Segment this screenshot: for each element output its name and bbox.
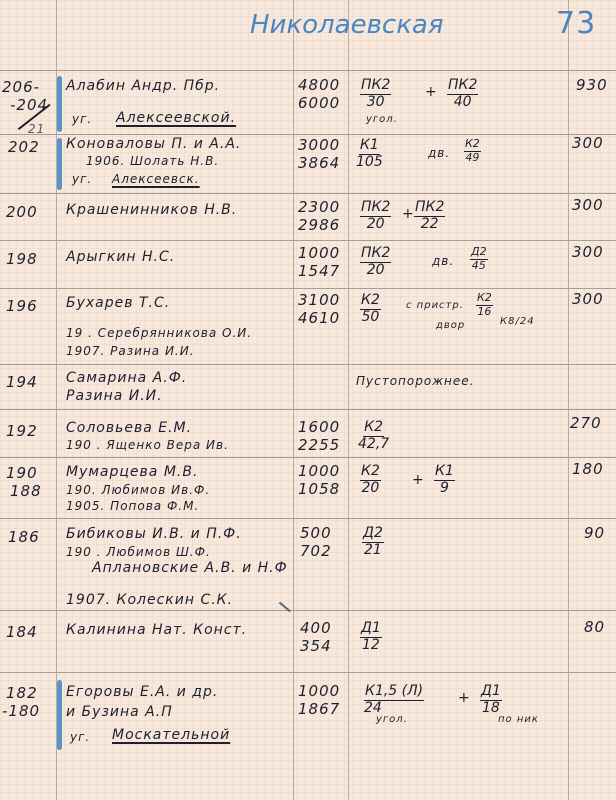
fraction-bottom: 20 (367, 217, 385, 232)
area-values: 1600 2255 (298, 418, 340, 454)
area-measured: 2255 (298, 436, 340, 454)
area-declared: 1000 (298, 462, 340, 480)
category-note: угол. (376, 714, 408, 725)
fraction-bottom: 20 (367, 263, 385, 278)
column-divider-value (568, 0, 569, 800)
fraction-bottom: 42,7 (358, 437, 389, 452)
fraction-bottom: 9 (440, 481, 449, 496)
category-note: по ник (498, 714, 539, 725)
owner-name: Калинина Нат. Конст. (66, 622, 247, 638)
house-number: 196 (6, 297, 38, 315)
blue-marker (57, 76, 62, 132)
area-values: 3000 3864 (298, 136, 340, 172)
category-note: угол. (366, 114, 398, 125)
fraction-bottom: 40 (454, 95, 472, 110)
fraction-bottom: 21 (364, 543, 382, 558)
row-divider (0, 457, 616, 458)
house-number: 198 (6, 250, 38, 268)
area-declared: 1000 (298, 682, 340, 700)
valuation: 180 (572, 460, 604, 478)
valuation: 300 (572, 134, 604, 152)
area-measured: 702 (300, 542, 332, 560)
area-measured: 4610 (298, 309, 340, 327)
owner-name: Бухарев Т.С. (66, 295, 170, 311)
row-divider (0, 518, 616, 519)
fraction-top: К2 (363, 420, 384, 437)
category-text: Пустопорожнее. (356, 374, 474, 388)
category-fraction: ПК2 30 (360, 78, 391, 110)
owner-name: Соловьева Е.М. (66, 420, 192, 436)
plus-sign: + (402, 206, 415, 222)
category-prefix: дв. (428, 146, 450, 160)
fraction-top: К1 (434, 464, 455, 481)
fraction-top: К2 (360, 464, 381, 481)
blue-marker (57, 138, 62, 190)
house-number: 182 (6, 684, 38, 702)
fraction-bottom: 20 (362, 481, 380, 496)
area-values: 500 702 (300, 524, 332, 560)
column-divider-owner (293, 0, 294, 800)
area-values: 400 354 (300, 619, 332, 655)
area-measured: 2986 (298, 216, 340, 234)
category-fraction: К2 20 (360, 464, 381, 496)
area-declared: 400 (300, 619, 332, 637)
fraction-bottom: 30 (367, 95, 385, 110)
valuation: 930 (576, 76, 608, 94)
row-divider (0, 364, 616, 365)
category-inline: К8/24 (500, 316, 535, 327)
house-number: 206- (2, 78, 40, 96)
ledger-page: Николаевская 73 206- -204 21 Алабин Андр… (0, 0, 616, 800)
category-fraction: К2 16 (476, 292, 493, 318)
category-prefix: двор (436, 320, 465, 331)
house-number: 186 (8, 528, 40, 546)
category-fraction: К2 50 (360, 293, 381, 325)
area-declared: 4800 (298, 76, 340, 94)
plus-sign: + (425, 84, 438, 100)
fraction-top: К1 (359, 138, 380, 155)
category-fraction: К2 49 (464, 138, 481, 164)
owner-name: Бибиковы И.В. и П.Ф. (66, 526, 242, 542)
owner-name: 1907. Разина И.И. (66, 344, 195, 358)
house-number: 188 (10, 482, 42, 500)
area-measured: 6000 (298, 94, 340, 112)
street-title: Николаевская (250, 10, 444, 40)
corner-label: уг. (70, 730, 90, 744)
fraction-top: К2 (464, 138, 481, 152)
fraction-bottom: 16 (477, 306, 491, 318)
category-fraction: ПК2 20 (360, 200, 391, 232)
house-number: 200 (6, 203, 38, 221)
owner-name: и Бузина А.П (66, 704, 173, 720)
fraction-top: К2 (360, 293, 381, 310)
header-divider (0, 70, 616, 71)
fraction-top: ПК2 (360, 246, 391, 263)
corner-street: Алексеевск. (112, 172, 200, 186)
row-divider (0, 193, 616, 194)
category-fraction: Д1 18 (480, 684, 502, 716)
area-declared: 1000 (298, 244, 340, 262)
area-declared: 3100 (298, 291, 340, 309)
owner-name: Мумарцева М.В. (66, 464, 198, 480)
page-number: 73 (556, 6, 596, 41)
fraction-top: ПК2 (360, 200, 391, 217)
valuation: 270 (570, 414, 602, 432)
house-number: 194 (6, 373, 38, 391)
fraction-top: К2 (476, 292, 493, 306)
row-divider (0, 134, 616, 135)
area-declared: 3000 (298, 136, 340, 154)
category-fraction: Д1 12 (360, 621, 382, 653)
category-fraction: ПК2 20 (360, 246, 391, 278)
house-number: 190 (6, 464, 38, 482)
corner-label: уг. (72, 112, 92, 126)
owner-name: Коноваловы П. и А.А. (66, 136, 241, 152)
column-divider-area (348, 0, 349, 800)
fraction-bottom: 50 (362, 310, 380, 325)
valuation: 90 (584, 524, 605, 542)
fraction-top: ПК2 (414, 200, 445, 217)
row-divider (0, 240, 616, 241)
owner-name: 1905. Попова Ф.М. (66, 499, 199, 513)
valuation: 300 (572, 196, 604, 214)
area-values: 3100 4610 (298, 291, 340, 327)
area-values: 4800 6000 (298, 76, 340, 112)
corner-street: Москательной (112, 727, 230, 743)
owner-name: Арыгкин Н.С. (66, 249, 175, 265)
owner-name: 190. Любимов Ив.Ф. (66, 483, 210, 497)
house-number: 192 (6, 422, 38, 440)
fraction-bottom: 12 (362, 638, 380, 653)
category-fraction: К1,5 (Л) 24 (364, 684, 424, 716)
fraction-bottom: 22 (421, 217, 439, 232)
category-fraction: Д2 45 (470, 246, 488, 272)
valuation: 80 (584, 618, 605, 636)
category-prefix: с пристр. (406, 300, 464, 311)
category-fraction: Д2 21 (362, 526, 384, 558)
category-prefix: дв. (432, 254, 454, 268)
house-number: -204 (10, 96, 48, 114)
fraction-bottom: 45 (472, 260, 486, 272)
fraction-bottom: 105 (356, 155, 383, 170)
owner-name: Крашенинников Н.В. (66, 202, 237, 218)
row-divider (0, 288, 616, 289)
area-measured: 1867 (298, 700, 340, 718)
area-measured: 1058 (298, 480, 340, 498)
area-measured: 354 (300, 637, 332, 655)
fraction-top: ПК2 (447, 78, 478, 95)
area-values: 1000 1547 (298, 244, 340, 280)
fraction-top: Д1 (360, 621, 382, 638)
corner-label: уг. (72, 172, 92, 186)
house-number: 184 (6, 623, 38, 641)
area-declared: 500 (300, 524, 332, 542)
owner-name: 190 . Любимов Ш.Ф. (66, 545, 211, 559)
area-values: 1000 1867 (298, 682, 340, 718)
plus-sign: + (458, 690, 471, 706)
fraction-bottom: 49 (465, 152, 479, 164)
blue-marker (57, 680, 62, 750)
owner-name: Самарина А.Ф. (66, 370, 187, 386)
owner-name: 1907. Колескин С.К. (66, 592, 233, 608)
fraction-top: Д2 (362, 526, 384, 543)
area-values: 2300 2986 (298, 198, 340, 234)
row-divider (0, 409, 616, 410)
area-measured: 1547 (298, 262, 340, 280)
house-number: -180 (2, 702, 40, 720)
owner-name: Егоровы Е.А. и др. (66, 684, 218, 700)
category-fraction: ПК2 22 (414, 200, 445, 232)
fraction-top: К1,5 (Л) (364, 684, 424, 701)
category-fraction: К1 105 (356, 138, 383, 170)
owner-name: Аплановские А.В. и Н.Ф (92, 560, 288, 576)
area-declared: 1600 (298, 418, 340, 436)
category-fraction: ПК2 40 (447, 78, 478, 110)
plus-sign: + (412, 472, 425, 488)
owner-name: 190 . Ященко Вера Ив. (66, 438, 229, 452)
house-number: 202 (8, 138, 40, 156)
valuation: 300 (572, 243, 604, 261)
corner-street: Алексеевской. (116, 110, 236, 126)
owner-name: Алабин Андр. Пбр. (66, 78, 220, 94)
owner-name: Разина И.И. (66, 388, 163, 404)
category-fraction: К1 9 (434, 464, 455, 496)
area-values: 1000 1058 (298, 462, 340, 498)
fraction-top: Д2 (470, 246, 488, 260)
area-declared: 2300 (298, 198, 340, 216)
area-measured: 3864 (298, 154, 340, 172)
category-fraction: К2 42,7 (358, 420, 389, 452)
fraction-top: ПК2 (360, 78, 391, 95)
sub-number: 21 (28, 122, 45, 136)
valuation: 300 (572, 290, 604, 308)
row-divider (0, 610, 616, 611)
owner-name: 1906. Шолать Н.В. (86, 154, 219, 168)
owner-name: 19 . Серебрянникова О.И. (66, 326, 252, 340)
fraction-top: Д1 (480, 684, 502, 701)
row-divider (0, 672, 616, 673)
